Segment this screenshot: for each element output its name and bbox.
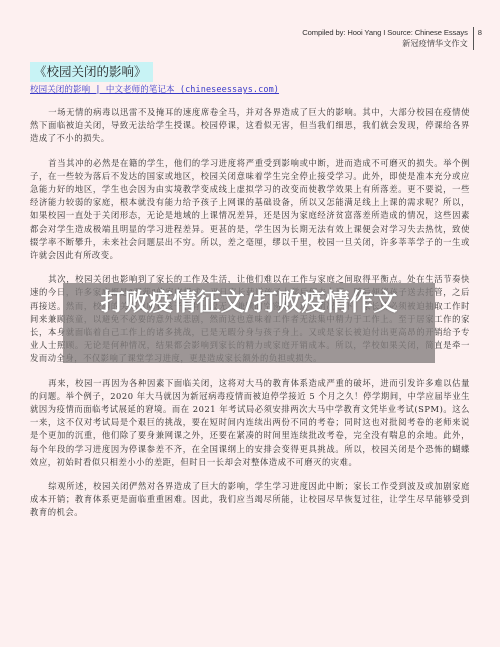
header-text: Compiled by: Hooi Yang I Source: Chinese… <box>302 27 474 50</box>
paragraph-students: 首当其冲的必然是在籍的学生，他们的学习进度将严重受到影响或中断，进而造成不可磨灭… <box>30 157 470 263</box>
page-number: 8 <box>474 27 482 38</box>
document-title: 《校园关闭的影响》 <box>30 62 153 82</box>
paragraph-conclusion: 综观所述，校园关闭俨然对各界造成了巨大的影响，学生学习进度因此中断；家长工作受到… <box>30 480 470 520</box>
banner-text: 打败疫情征文/打败疫情作文 <box>84 283 414 317</box>
paragraph-education-system: 再来，校园一再因为各种因素下面临关闭，这将对大马的教育体系造成严重的破坏，进而引… <box>30 377 470 469</box>
watermark-banner: 打败疫情征文/打败疫情作文 <box>63 283 435 363</box>
compiled-by-line: Compiled by: Hooi Yang I Source: Chinese… <box>302 27 468 38</box>
page-header: Compiled by: Hooi Yang I Source: Chinese… <box>302 27 482 50</box>
source-link[interactable]: 校园关闭的影响 | 中文老师的笔记本 (chineseessays.com) <box>30 83 279 95</box>
paragraph-intro: 一场无情的病毒以迅雷不及掩耳的速度席卷全马，并对各界造成了巨大的影响。其中，大部… <box>30 106 470 146</box>
collection-title: 新冠疫情华文作文 <box>302 38 468 50</box>
